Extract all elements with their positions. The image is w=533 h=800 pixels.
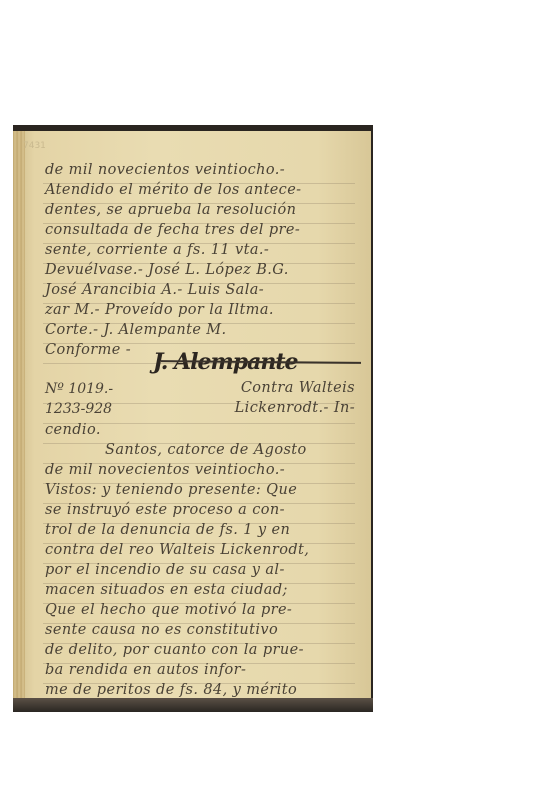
page-edge	[13, 131, 25, 699]
body-line: Santos, catorce de Agosto	[45, 441, 355, 459]
body-line: trol de la denuncia de fs. 1 y en	[45, 521, 355, 539]
document-photo: 7431 de mil novecientos veintiocho.- Ate…	[13, 125, 373, 712]
text-line: consultada de fecha tres del pre-	[45, 221, 355, 239]
text-line: Atendido el mérito de los antece-	[45, 181, 355, 199]
entry-subject-line: cendio.	[45, 421, 355, 439]
body-line: se instruyó este proceso a con-	[45, 501, 355, 519]
text-line: Corte.- J. Alempante M.	[45, 321, 355, 339]
entry-subject-line: Contra Walteis	[45, 379, 355, 397]
ledger-page: 7431 de mil novecientos veintiocho.- Ate…	[13, 131, 371, 699]
text-line: dentes, se aprueba la resolución	[45, 201, 355, 219]
body-line: contra del reo Walteis Lickenrodt,	[45, 541, 355, 559]
text-line: Devuélvase.- José L. López B.G.	[45, 261, 355, 279]
body-line: ba rendida en autos infor-	[45, 661, 355, 679]
body-line: me de peritos de fs. 84, y mérito	[45, 681, 355, 699]
text-line: zar M.- Proveído por la Iltma.	[45, 301, 355, 319]
body-line: Que el hecho que motivó la pre-	[45, 601, 355, 619]
page-number-mark: 7431	[23, 141, 46, 151]
body-line: de mil novecientos veintiocho.-	[45, 461, 355, 479]
body-line: por el incendio de su casa y al-	[45, 561, 355, 579]
body-line: sente causa no es constitutivo	[45, 621, 355, 639]
text-line: José Arancibia A.- Luis Sala-	[45, 281, 355, 299]
body-line: macen situados en esta ciudad;	[45, 581, 355, 599]
text-line: sente, corriente a fs. 11 vta.-	[45, 241, 355, 259]
body-line: Vistos: y teniendo presente: Que	[45, 481, 355, 499]
text-line: de mil novecientos veintiocho.-	[45, 161, 355, 179]
entry-subject-line: Lickenrodt.- In-	[45, 399, 355, 417]
body-line: de delito, por cuanto con la prue-	[45, 641, 355, 659]
book-bottom-shadow	[13, 698, 373, 712]
